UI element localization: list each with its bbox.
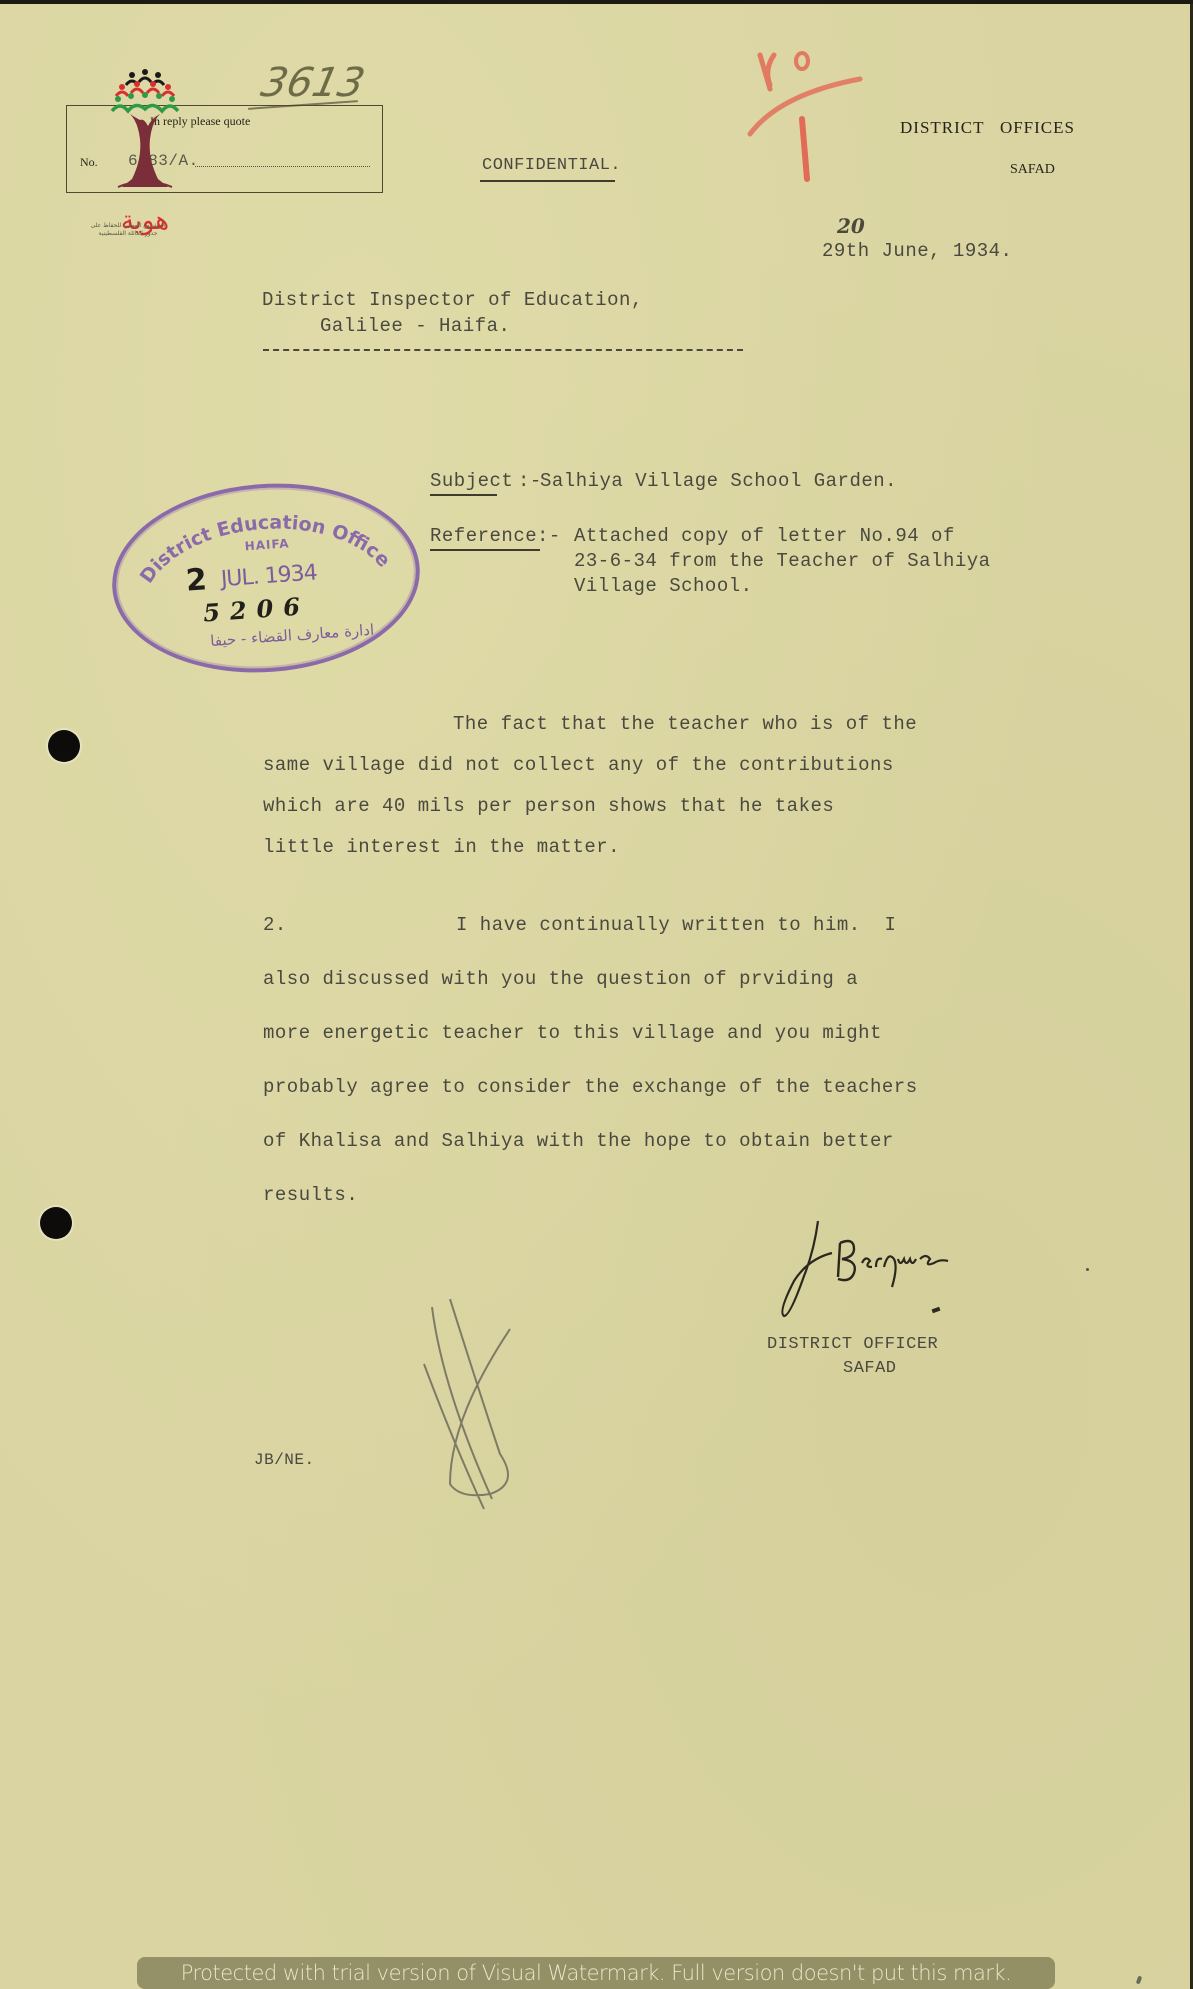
- received-stamp: District Education Office HAIFA 2 JUL. 1…: [106, 473, 426, 682]
- office-city: SAFAD: [1010, 162, 1055, 178]
- hawiya-logo-icon: هوية: [110, 69, 180, 239]
- reply-dotted-line: [195, 166, 370, 167]
- confidential-label: CONFIDENTIAL.: [482, 156, 621, 175]
- punch-hole-top: [48, 730, 80, 762]
- para2-line-4: probably agree to consider the exchange …: [263, 1067, 918, 1108]
- reference-line-3: Village School.: [574, 575, 753, 597]
- para2-number: 2.: [263, 905, 287, 946]
- signature-dot: [1086, 1268, 1089, 1271]
- subject-value: Salhiya Village School Garden.: [540, 470, 897, 492]
- para2-line-3: more energetic teacher to this village a…: [263, 1013, 882, 1054]
- confidential-underline: [480, 180, 615, 182]
- reference-label: Reference: [430, 525, 537, 547]
- para1-line-3: which are 40 mils per person shows that …: [263, 786, 834, 827]
- office-title: DISTRICT OFFICES: [900, 118, 1075, 138]
- addressee-dashed-rule: [263, 349, 743, 351]
- para2-line-2: also discussed with you the question of …: [263, 959, 858, 1000]
- addressee-line-1: District Inspector of Education,: [262, 289, 643, 311]
- document-page: 3613 In reply please quote No. 6/83/A. ه…: [0, 4, 1190, 1989]
- para2-line-6: results.: [263, 1175, 358, 1216]
- para2-line-1: I have continually written to him. I: [456, 905, 896, 946]
- subject-label: Subject: [430, 470, 513, 492]
- addressee-line-2: Galilee - Haifa.: [320, 315, 510, 337]
- subject-separator: :-: [518, 470, 542, 492]
- punch-hole-bottom: [40, 1207, 72, 1239]
- red-pencil-mark-icon: [740, 49, 870, 184]
- date-handwritten-correction: 20: [837, 214, 865, 238]
- signatory-title: DISTRICT OFFICER: [767, 1335, 938, 1354]
- para1-line-1: The fact that the teacher who is of the: [453, 704, 917, 745]
- signatory-city: SAFAD: [843, 1359, 897, 1378]
- para1-line-2: same village did not collect any of the …: [263, 745, 894, 786]
- typist-initials: JB/NE.: [254, 1451, 315, 1469]
- subject-underline: [430, 494, 497, 496]
- stamp-day: 2: [185, 562, 208, 598]
- handwritten-file-number: 3613: [257, 60, 369, 106]
- watermark-banner: Protected with trial version of Visual W…: [137, 1957, 1055, 1989]
- reference-separator: :-: [537, 525, 561, 547]
- paper-speck: [1136, 1976, 1142, 1985]
- letter-date: 29th June, 1934.: [822, 240, 1012, 262]
- handwritten-signature-icon: [780, 1219, 1010, 1329]
- para1-line-4: little interest in the matter.: [263, 827, 620, 868]
- logo-caption: المشروع الوطني للحفاظ على جذور العائلة ا…: [68, 222, 188, 238]
- reference-underline: [430, 549, 540, 551]
- para2-line-5: of Khalisa and Salhiya with the hope to …: [263, 1121, 894, 1162]
- reference-line-1: Attached copy of letter No.94 of: [574, 525, 955, 547]
- reference-line-2: 23-6-34 from the Teacher of Salhiya: [574, 550, 991, 572]
- pencil-cross-mark-icon: [420, 1299, 530, 1519]
- reply-no-label: No.: [80, 155, 98, 170]
